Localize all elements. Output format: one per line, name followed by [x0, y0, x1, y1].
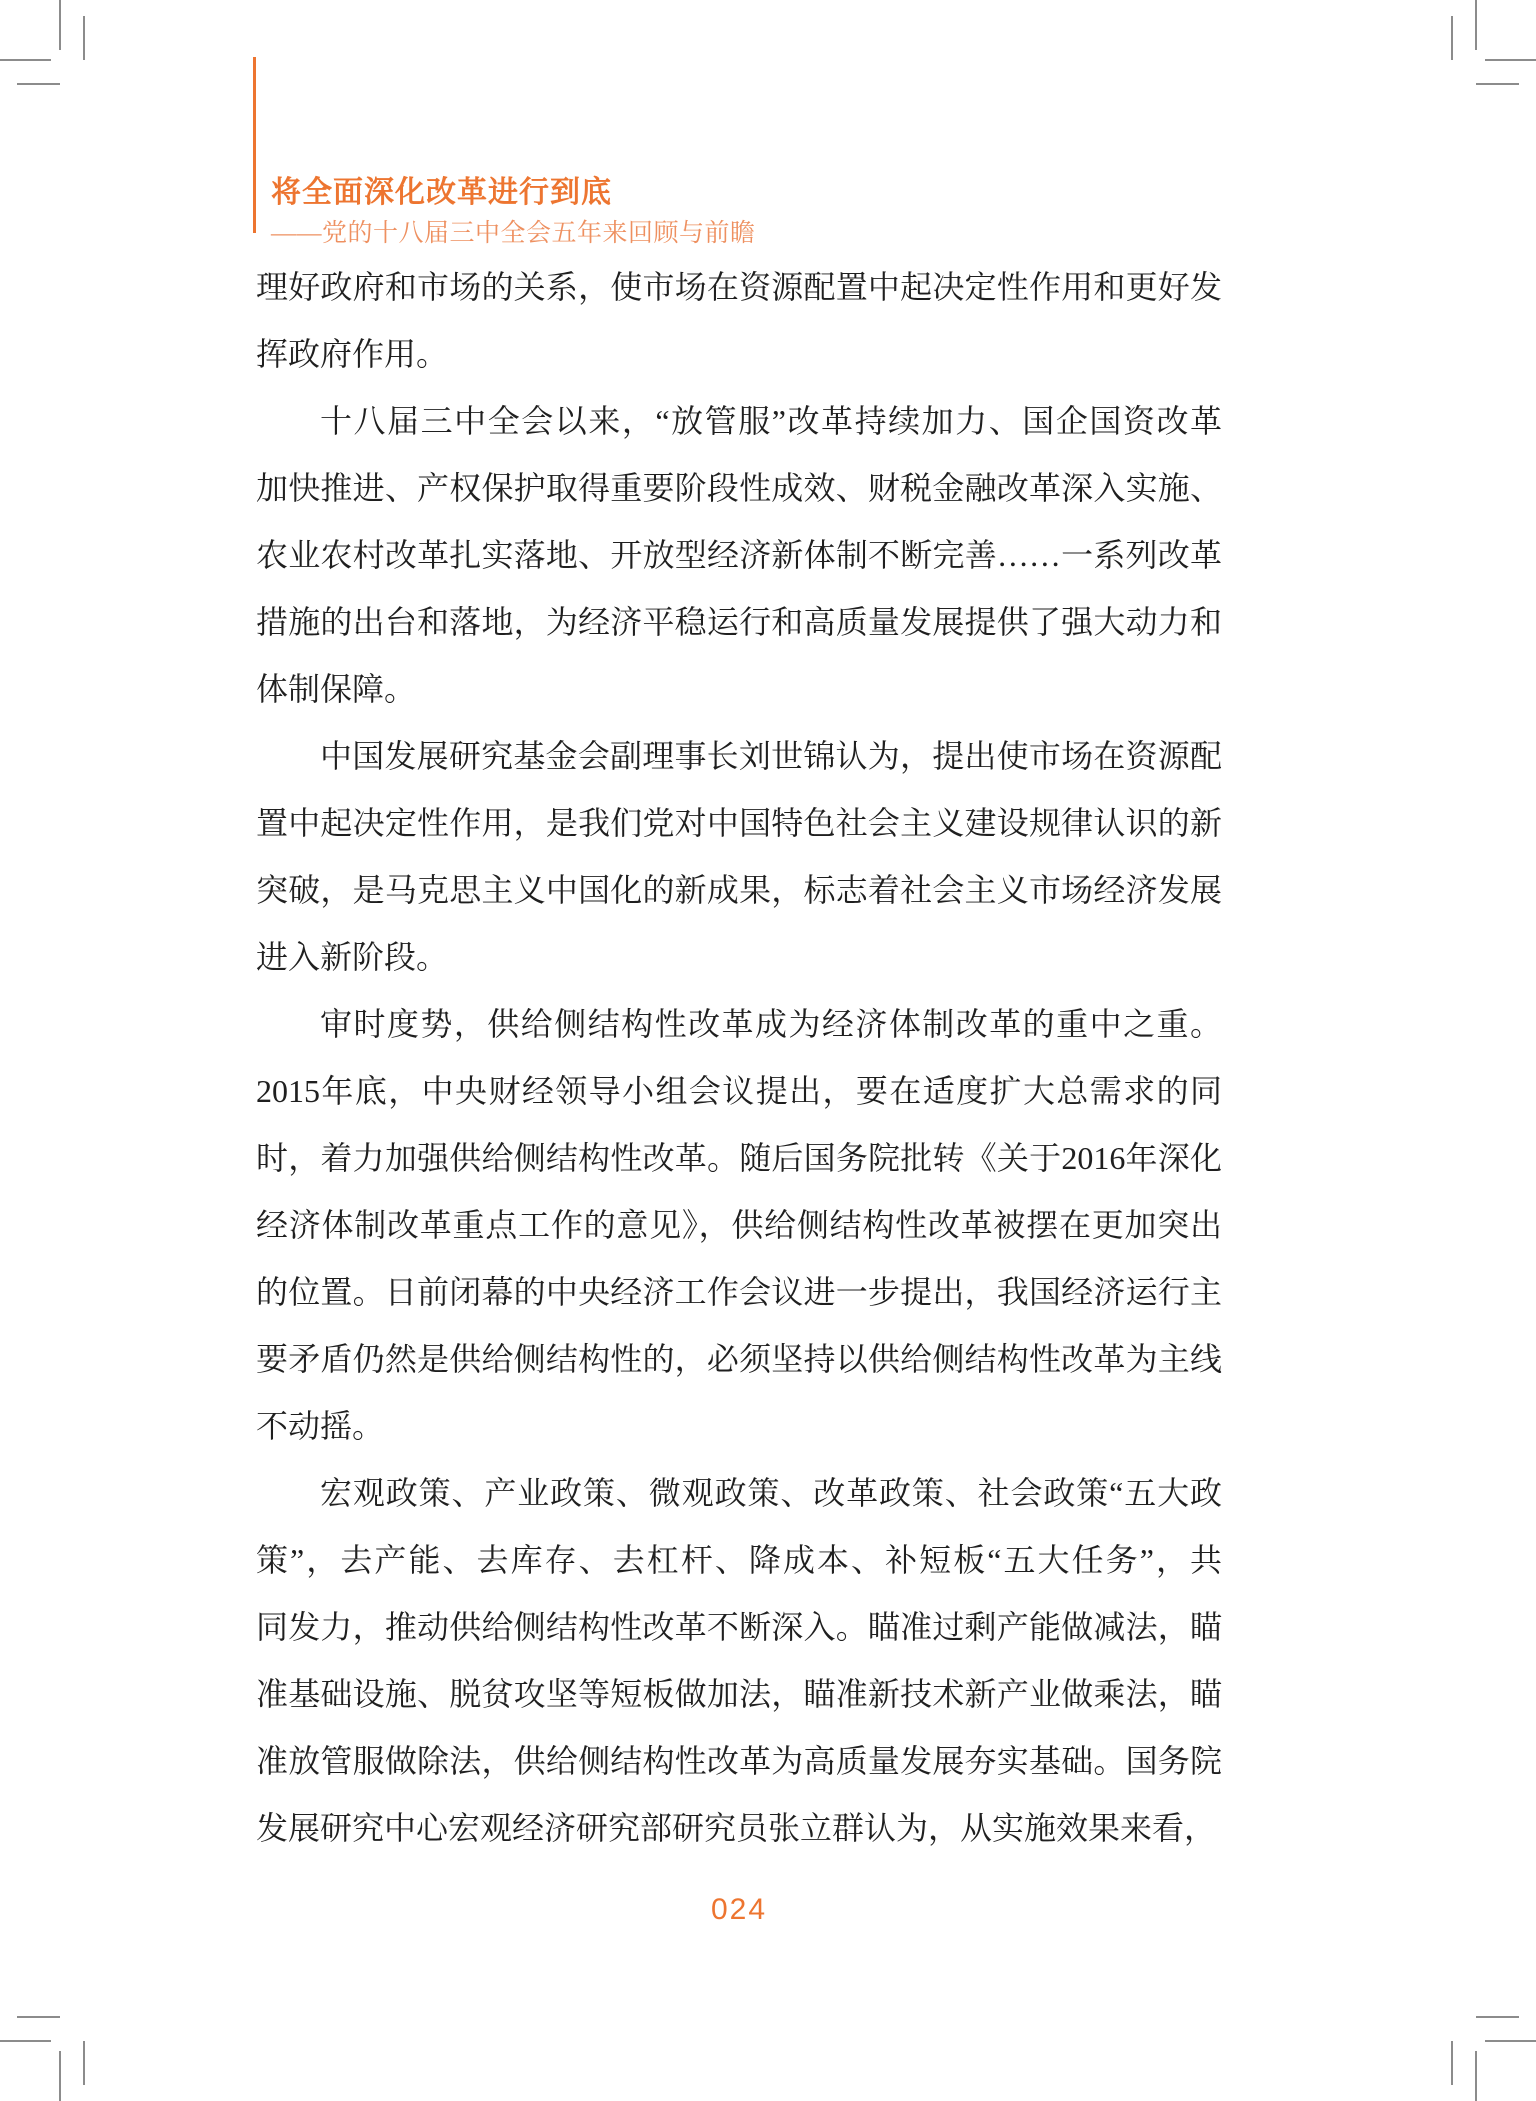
crop-mark-line	[1475, 0, 1477, 50]
text-line: 突破，是马克思主义中国化的新成果，标志着社会主义市场经济发展	[256, 857, 1222, 924]
text-line: 宏观政策、产业政策、微观政策、改革政策、社会政策“五大政	[256, 1460, 1222, 1527]
text-line: 的位置。日前闭幕的中央经济工作会议进一步提出，我国经济运行主	[256, 1259, 1222, 1326]
text-line: 置中起决定性作用，是我们党对中国特色社会主义建设规律认识的新	[256, 790, 1222, 857]
book-page: 将全面深化改革进行到底 ——党的十八届三中全会五年来回顾与前瞻 理好政府和市场的…	[0, 0, 1536, 2101]
crop-mark-line	[0, 59, 51, 61]
text-line: 时，着力加强供给侧结构性改革。随后国务院批转《关于2016年深化	[256, 1125, 1222, 1192]
text-line: 要矛盾仍然是供给侧结构性的，必须坚持以供给侧结构性改革为主线	[256, 1326, 1222, 1393]
crop-mark-line	[0, 2040, 51, 2042]
title-accent-bar	[253, 57, 256, 233]
crop-mark-line	[83, 16, 85, 60]
crop-mark-line	[17, 83, 60, 85]
text-line: 体制保障。	[256, 656, 1222, 723]
page-number: 024	[256, 1893, 1222, 1927]
crop-mark-line	[1485, 2040, 1536, 2042]
crop-mark-line	[1485, 59, 1536, 61]
crop-mark-line	[1476, 83, 1519, 85]
text-line: 不动摇。	[256, 1393, 1222, 1460]
text-line: 挥政府作用。	[256, 321, 1222, 388]
crop-mark-line	[59, 0, 61, 50]
text-line: 策”，去产能、去库存、去杠杆、降成本、补短板“五大任务”，共	[256, 1527, 1222, 1594]
crop-mark-line	[83, 2041, 85, 2085]
text-line: 十八届三中全会以来，“放管服”改革持续加力、国企国资改革	[256, 388, 1222, 455]
text-line: 理好政府和市场的关系，使市场在资源配置中起决定性作用和更好发	[256, 254, 1222, 321]
text-line: 准放管服做除法，供给侧结构性改革为高质量发展夯实基础。国务院	[256, 1728, 1222, 1795]
text-line: 农业农村改革扎实落地、开放型经济新体制不断完善……一系列改革	[256, 522, 1222, 589]
text-line: 准基础设施、脱贫攻坚等短板做加法，瞄准新技术新产业做乘法，瞄	[256, 1661, 1222, 1728]
crop-mark-line	[17, 2016, 60, 2018]
text-line: 措施的出台和落地，为经济平稳运行和高质量发展提供了强大动力和	[256, 589, 1222, 656]
crop-mark-line	[1475, 2051, 1477, 2101]
body-text: 理好政府和市场的关系，使市场在资源配置中起决定性作用和更好发挥政府作用。十八届三…	[256, 254, 1222, 1862]
crop-mark-line	[1451, 16, 1453, 60]
text-line: 同发力，推动供给侧结构性改革不断深入。瞄准过剩产能做减法，瞄	[256, 1594, 1222, 1661]
text-line: 经济体制改革重点工作的意见》，供给侧结构性改革被摆在更加突出	[256, 1192, 1222, 1259]
crop-mark-line	[1451, 2041, 1453, 2085]
text-line: 进入新阶段。	[256, 924, 1222, 991]
crop-mark-line	[1476, 2016, 1519, 2018]
page-subtitle: ——党的十八届三中全会五年来回顾与前瞻	[271, 219, 756, 249]
page-title: 将全面深化改革进行到底	[271, 176, 612, 210]
text-line: 2015年底，中央财经领导小组会议提出，要在适度扩大总需求的同	[256, 1058, 1222, 1125]
text-line: 审时度势，供给侧结构性改革成为经济体制改革的重中之重。	[256, 991, 1222, 1058]
text-line: 发展研究中心宏观经济研究部研究员张立群认为，从实施效果来看，	[256, 1795, 1222, 1862]
crop-mark-line	[59, 2051, 61, 2101]
text-line: 加快推进、产权保护取得重要阶段性成效、财税金融改革深入实施、	[256, 455, 1222, 522]
text-line: 中国发展研究基金会副理事长刘世锦认为，提出使市场在资源配	[256, 723, 1222, 790]
